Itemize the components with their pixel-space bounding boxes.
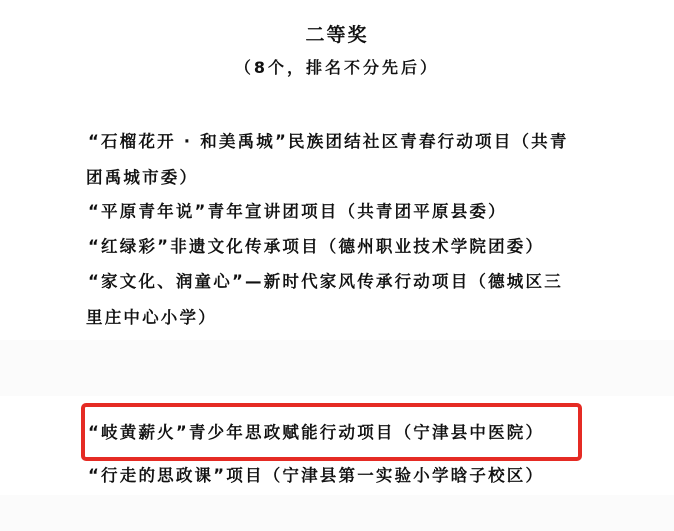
entry-1-line-1: “石榴花开 · 和美禹城”民族团结社区青春行动项目（共青: [88, 128, 569, 152]
award-title: 二等奖: [0, 20, 674, 47]
entry-4-line-1: “家文化、润童心”—新时代家风传承行动项目（德城区三: [88, 268, 563, 292]
gray-band-bottom: [0, 495, 674, 531]
entry-2: “平原青年说”青年宣讲团项目（共青团平原县委）: [88, 198, 507, 222]
entry-3: “红绿彩”非遗文化传承项目（德州职业技术学院团委）: [88, 233, 544, 257]
entry-5-highlighted: “岐黄薪火”青少年思政赋能行动项目（宁津县中医院）: [88, 419, 544, 443]
gray-band: [0, 340, 674, 396]
entry-6: “行走的思政课”项目（宁津县第一实验小学晗子校区）: [88, 462, 544, 486]
award-subtitle: （8个，排名不分先后）: [0, 55, 674, 78]
entry-1-line-2: 团禹城市委）: [86, 164, 198, 188]
entry-4-line-2: 里庄中心小学）: [86, 304, 217, 328]
